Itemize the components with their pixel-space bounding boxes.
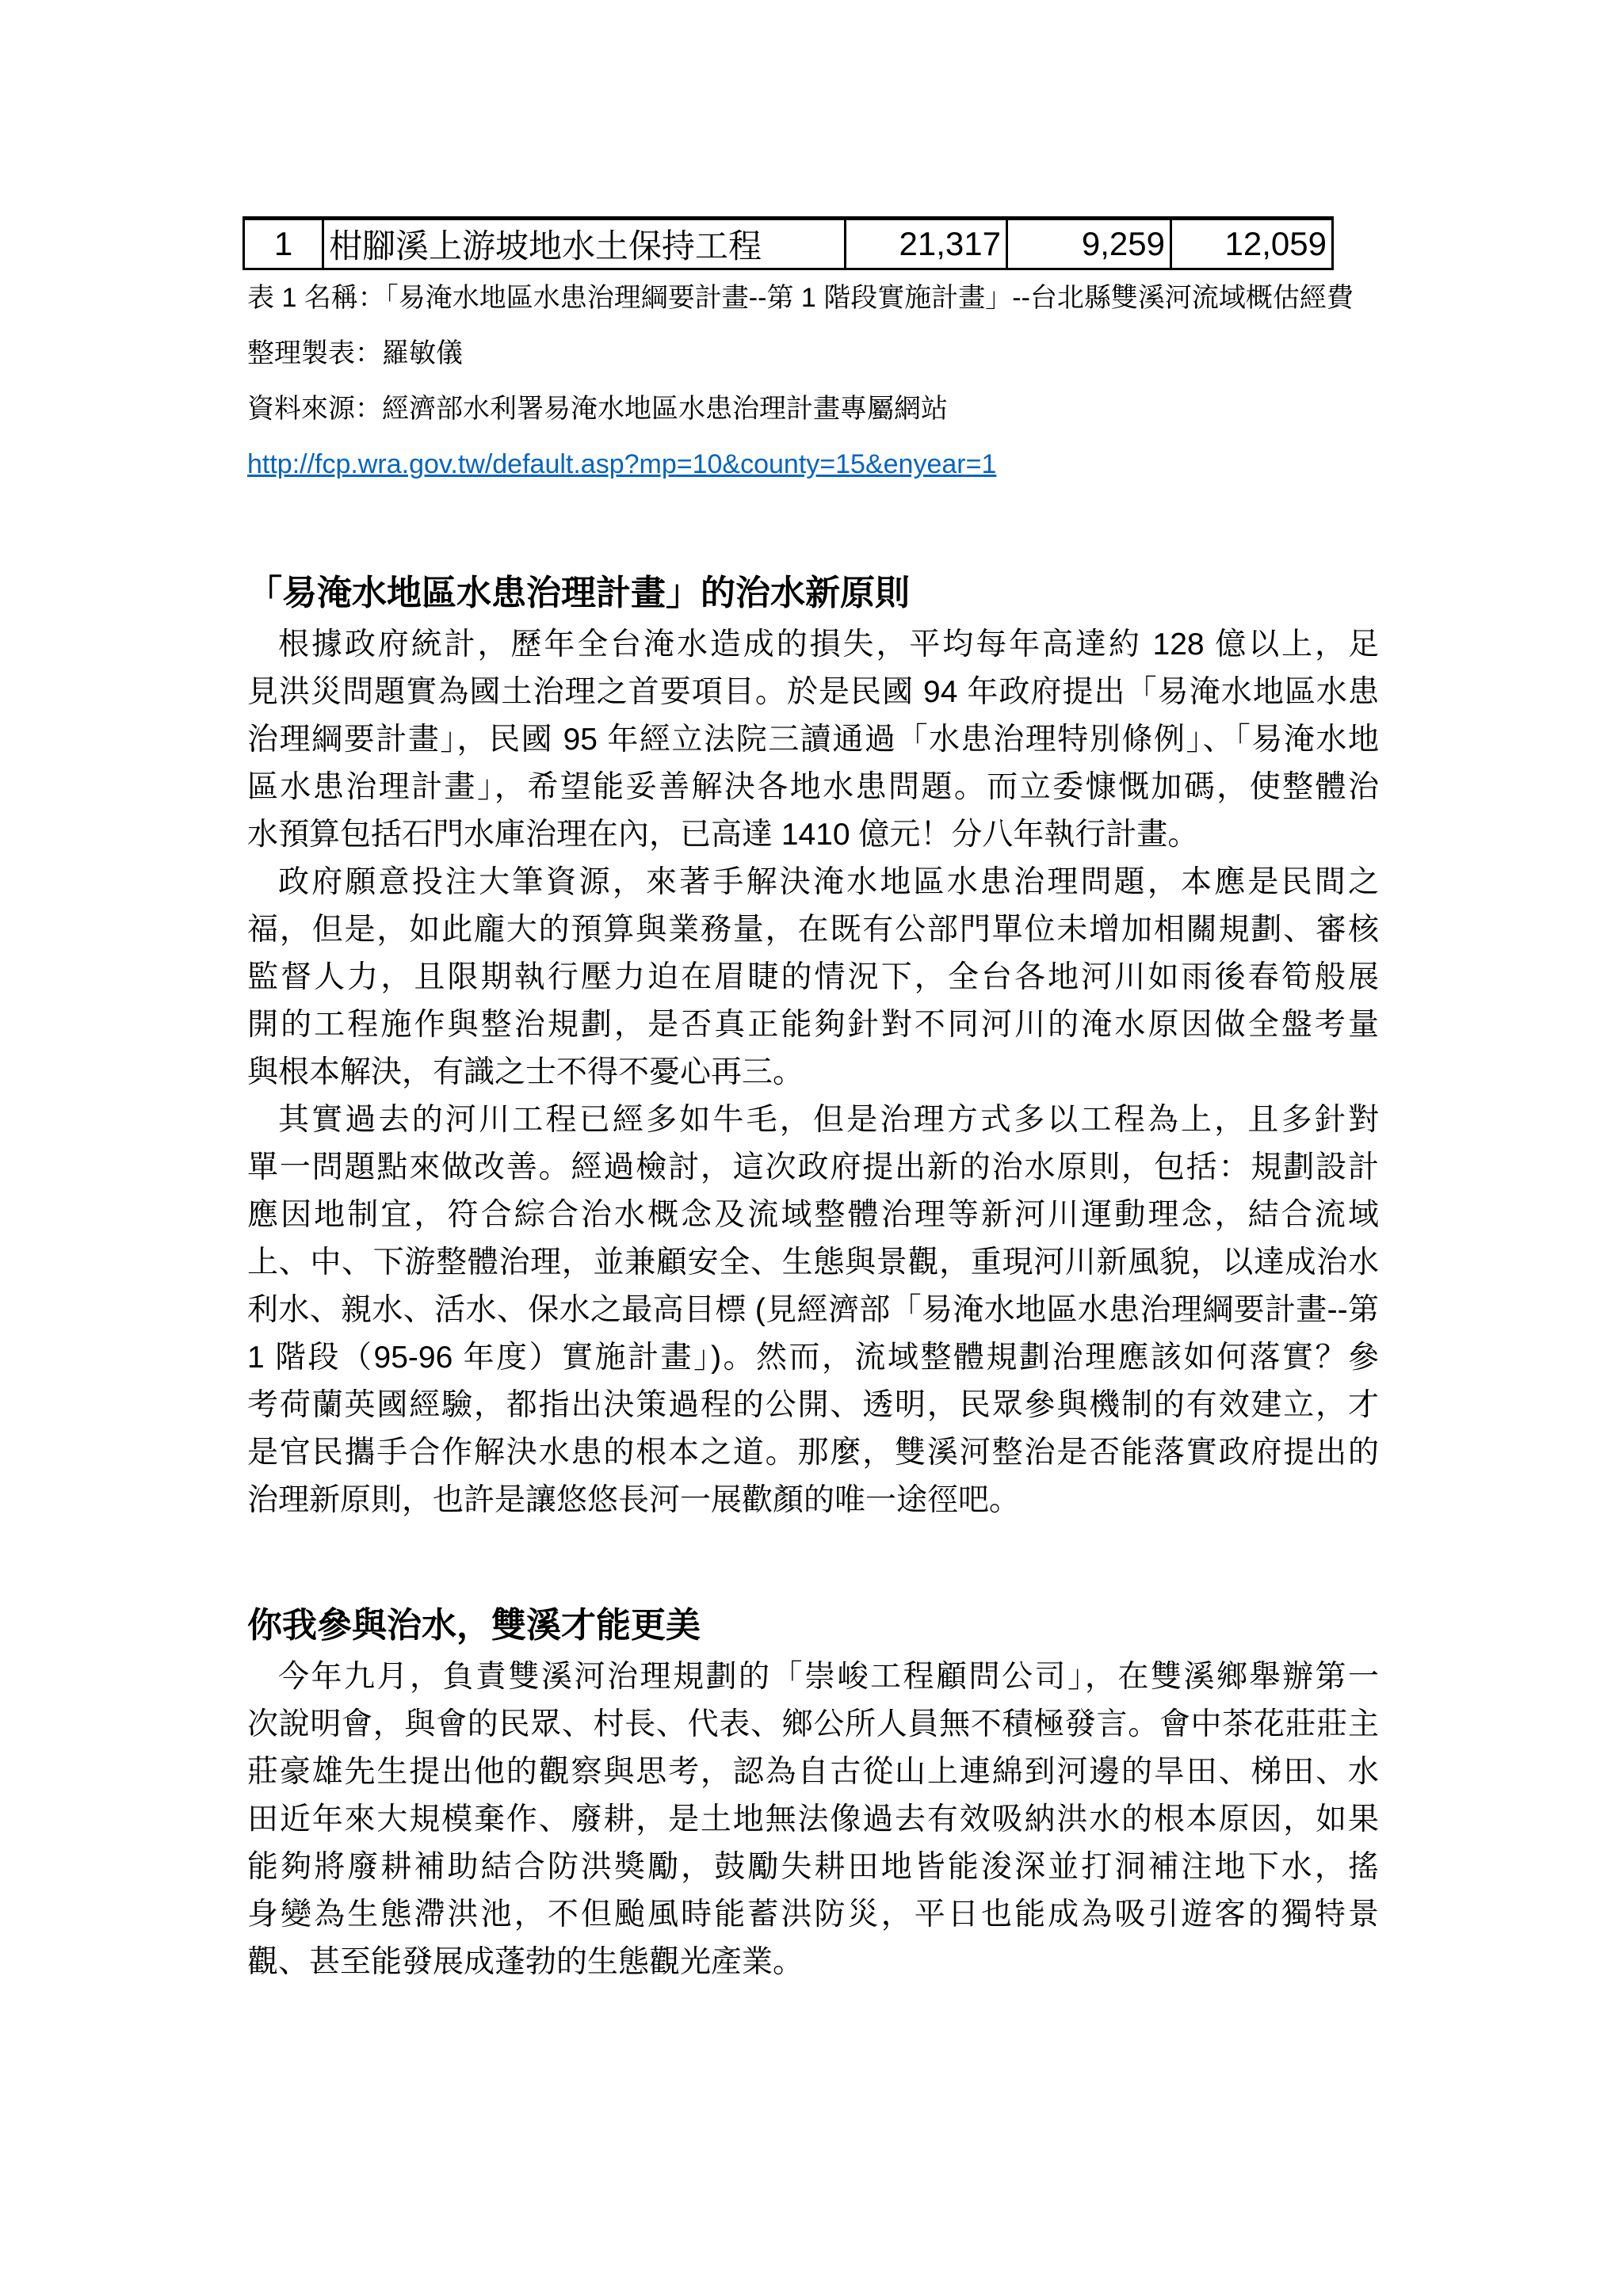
paragraph-line: 應因地制宜，符合綜合治水概念及流域整體治理等新河川運動理念，結合流域 [247,1192,1379,1239]
paragraph-line: 其實過去的河川工程已經多如牛毛，但是治理方式多以工程為上，且多針對 [247,1097,1379,1144]
paragraph-line: 觀、甚至能發展成蓬勃的生態觀光產業。 [247,1939,1379,1986]
paragraph-line: 是官民攜手合作解決水患的根本之道。那麼，雙溪河整治是否能落實政府提出的 [247,1429,1379,1477]
table-cell-amount-a: 9,259 [1007,219,1171,269]
paragraph-line: 根據政府統計，歷年全台淹水造成的損失，平均每年高達約 128 億以上，足 [247,621,1379,669]
paragraph-line: 開的工程施作與整治規劃，是否真正能夠針對不同河川的淹水原因做全盤考量 [247,1001,1379,1049]
table-cell-amount-total: 21,317 [846,219,1007,269]
paragraph-line: 福，但是，如此龐大的預算與業務量，在既有公部門單位未增加相關規劃、審核 [247,906,1379,954]
paragraph-line: 利水、親水、活水、保水之最高目標 (見經濟部「易淹水地區水患治理綱要計畫--第 [247,1287,1379,1334]
table-cell-amount-b: 12,059 [1171,219,1333,269]
section-heading: 你我參與治水，雙溪才能更美 [247,1602,1379,1650]
table-compiler-line: 整理製表：羅敏儀 [247,326,1379,381]
section-heading: 「易淹水地區水患治理計畫」的治水新原則 [247,570,1379,617]
paragraph-line: 田近年來大規模棄作、廢耕，是土地無法像過去有效吸納洪水的根本原因，如果 [247,1796,1379,1844]
table-source-line: 資料來源：經濟部水利署易淹水地區水患治理計畫專屬網站 [247,381,1379,437]
paragraph-line: 能夠將廢耕補助結合防洪獎勵，鼓勵失耕田地皆能浚深並打洞補注地下水，搖 [247,1844,1379,1891]
paragraph-line: 考荷蘭英國經驗，都指出決策過程的公開、透明，民眾參與機制的有效建立，才 [247,1382,1379,1429]
paragraph: 政府願意投注大筆資源，來著手解決淹水地區水患治理問題，本應是民間之福，但是，如此… [247,859,1379,1097]
paragraph-line: 身變為生態滯洪池，不但颱風時能蓄洪防災，平日也能成為吸引遊客的獨特景 [247,1891,1379,1939]
paragraph-line: 與根本解決，有識之士不得不憂心再三。 [247,1049,1379,1097]
paragraph-line: 單一問題點來做改善。經過檢討，這次政府提出新的治水原則，包括：規劃設計 [247,1144,1379,1192]
table-cell-project-name: 柑腳溪上游坡地水土保持工程 [323,219,846,269]
paragraph-line: 今年九月，負責雙溪河治理規劃的「崇峻工程顧問公司」，在雙溪鄉舉辦第一 [247,1653,1379,1701]
paragraph: 根據政府統計，歷年全台淹水造成的損失，平均每年高達約 128 億以上，足見洪災問… [247,621,1379,859]
paragraph-line: 治理綱要計畫」，民國 95 年經立法院三讀通過「水患治理特別條例」、「易淹水地 [247,716,1379,764]
paragraph-line: 次說明會，與會的民眾、村長、代表、鄉公所人員無不積極發言。會中茶花莊莊主 [247,1701,1379,1749]
paragraph-line: 區水患治理計畫」，希望能妥善解決各地水患問題。而立委慷慨加碼，使整體治 [247,764,1379,811]
document-page: 1 柑腳溪上游坡地水土保持工程 21,317 9,259 12,059 表 1 … [0,0,1623,2296]
paragraph-line: 水預算包括石門水庫治理在內，已高達 1410 億元！分八年執行計畫。 [247,811,1379,859]
table-title-line: 表 1 名稱：「易淹水地區水患治理綱要計畫--第 1 階段實施計畫」--台北縣雙… [247,270,1379,326]
article-section: 「易淹水地區水患治理計畫」的治水新原則根據政府統計，歷年全台淹水造成的損失，平均… [247,570,1379,1524]
paragraph-line: 上、中、下游整體治理，並兼顧安全、生態與景觀，重現河川新風貌，以達成治水 [247,1239,1379,1287]
source-link-line: http://fcp.wra.gov.tw/default.asp?mp=10&… [247,437,1379,492]
table-row: 1 柑腳溪上游坡地水土保持工程 21,317 9,259 12,059 [244,219,1333,269]
paragraph-line: 政府願意投注大筆資源，來著手解決淹水地區水患治理問題，本應是民間之 [247,859,1379,906]
source-link[interactable]: http://fcp.wra.gov.tw/default.asp?mp=10&… [247,449,996,479]
paragraph: 其實過去的河川工程已經多如牛毛，但是治理方式多以工程為上，且多針對單一問題點來做… [247,1097,1379,1524]
paragraph: 今年九月，負責雙溪河治理規劃的「崇峻工程顧問公司」，在雙溪鄉舉辦第一次說明會，與… [247,1653,1379,1986]
paragraph-line: 1 階段（95-96 年度）實施計畫」)。然而，流域整體規劃治理應該如何落實？參 [247,1334,1379,1382]
page-content: 1 柑腳溪上游坡地水土保持工程 21,317 9,259 12,059 表 1 … [247,216,1379,1986]
paragraph-line: 治理新原則，也許是讓悠悠長河一展歡顏的唯一途徑吧。 [247,1477,1379,1524]
budget-table: 1 柑腳溪上游坡地水土保持工程 21,317 9,259 12,059 [242,216,1334,270]
paragraph-line: 見洪災問題實為國土治理之首要項目。於是民國 94 年政府提出「易淹水地區水患 [247,669,1379,716]
article: 「易淹水地區水患治理計畫」的治水新原則根據政府統計，歷年全台淹水造成的損失，平均… [247,570,1379,1986]
table-cell-row-number: 1 [244,219,323,269]
article-section: 你我參與治水，雙溪才能更美今年九月，負責雙溪河治理規劃的「崇峻工程顧問公司」，在… [247,1602,1379,1986]
table-caption-block: 表 1 名稱：「易淹水地區水患治理綱要計畫--第 1 階段實施計畫」--台北縣雙… [247,270,1379,492]
paragraph-line: 莊豪雄先生提出他的觀察與思考，認為自古從山上連綿到河邊的旱田、梯田、水 [247,1749,1379,1796]
paragraph-line: 監督人力，且限期執行壓力迫在眉睫的情況下，全台各地河川如雨後春筍般展 [247,954,1379,1001]
